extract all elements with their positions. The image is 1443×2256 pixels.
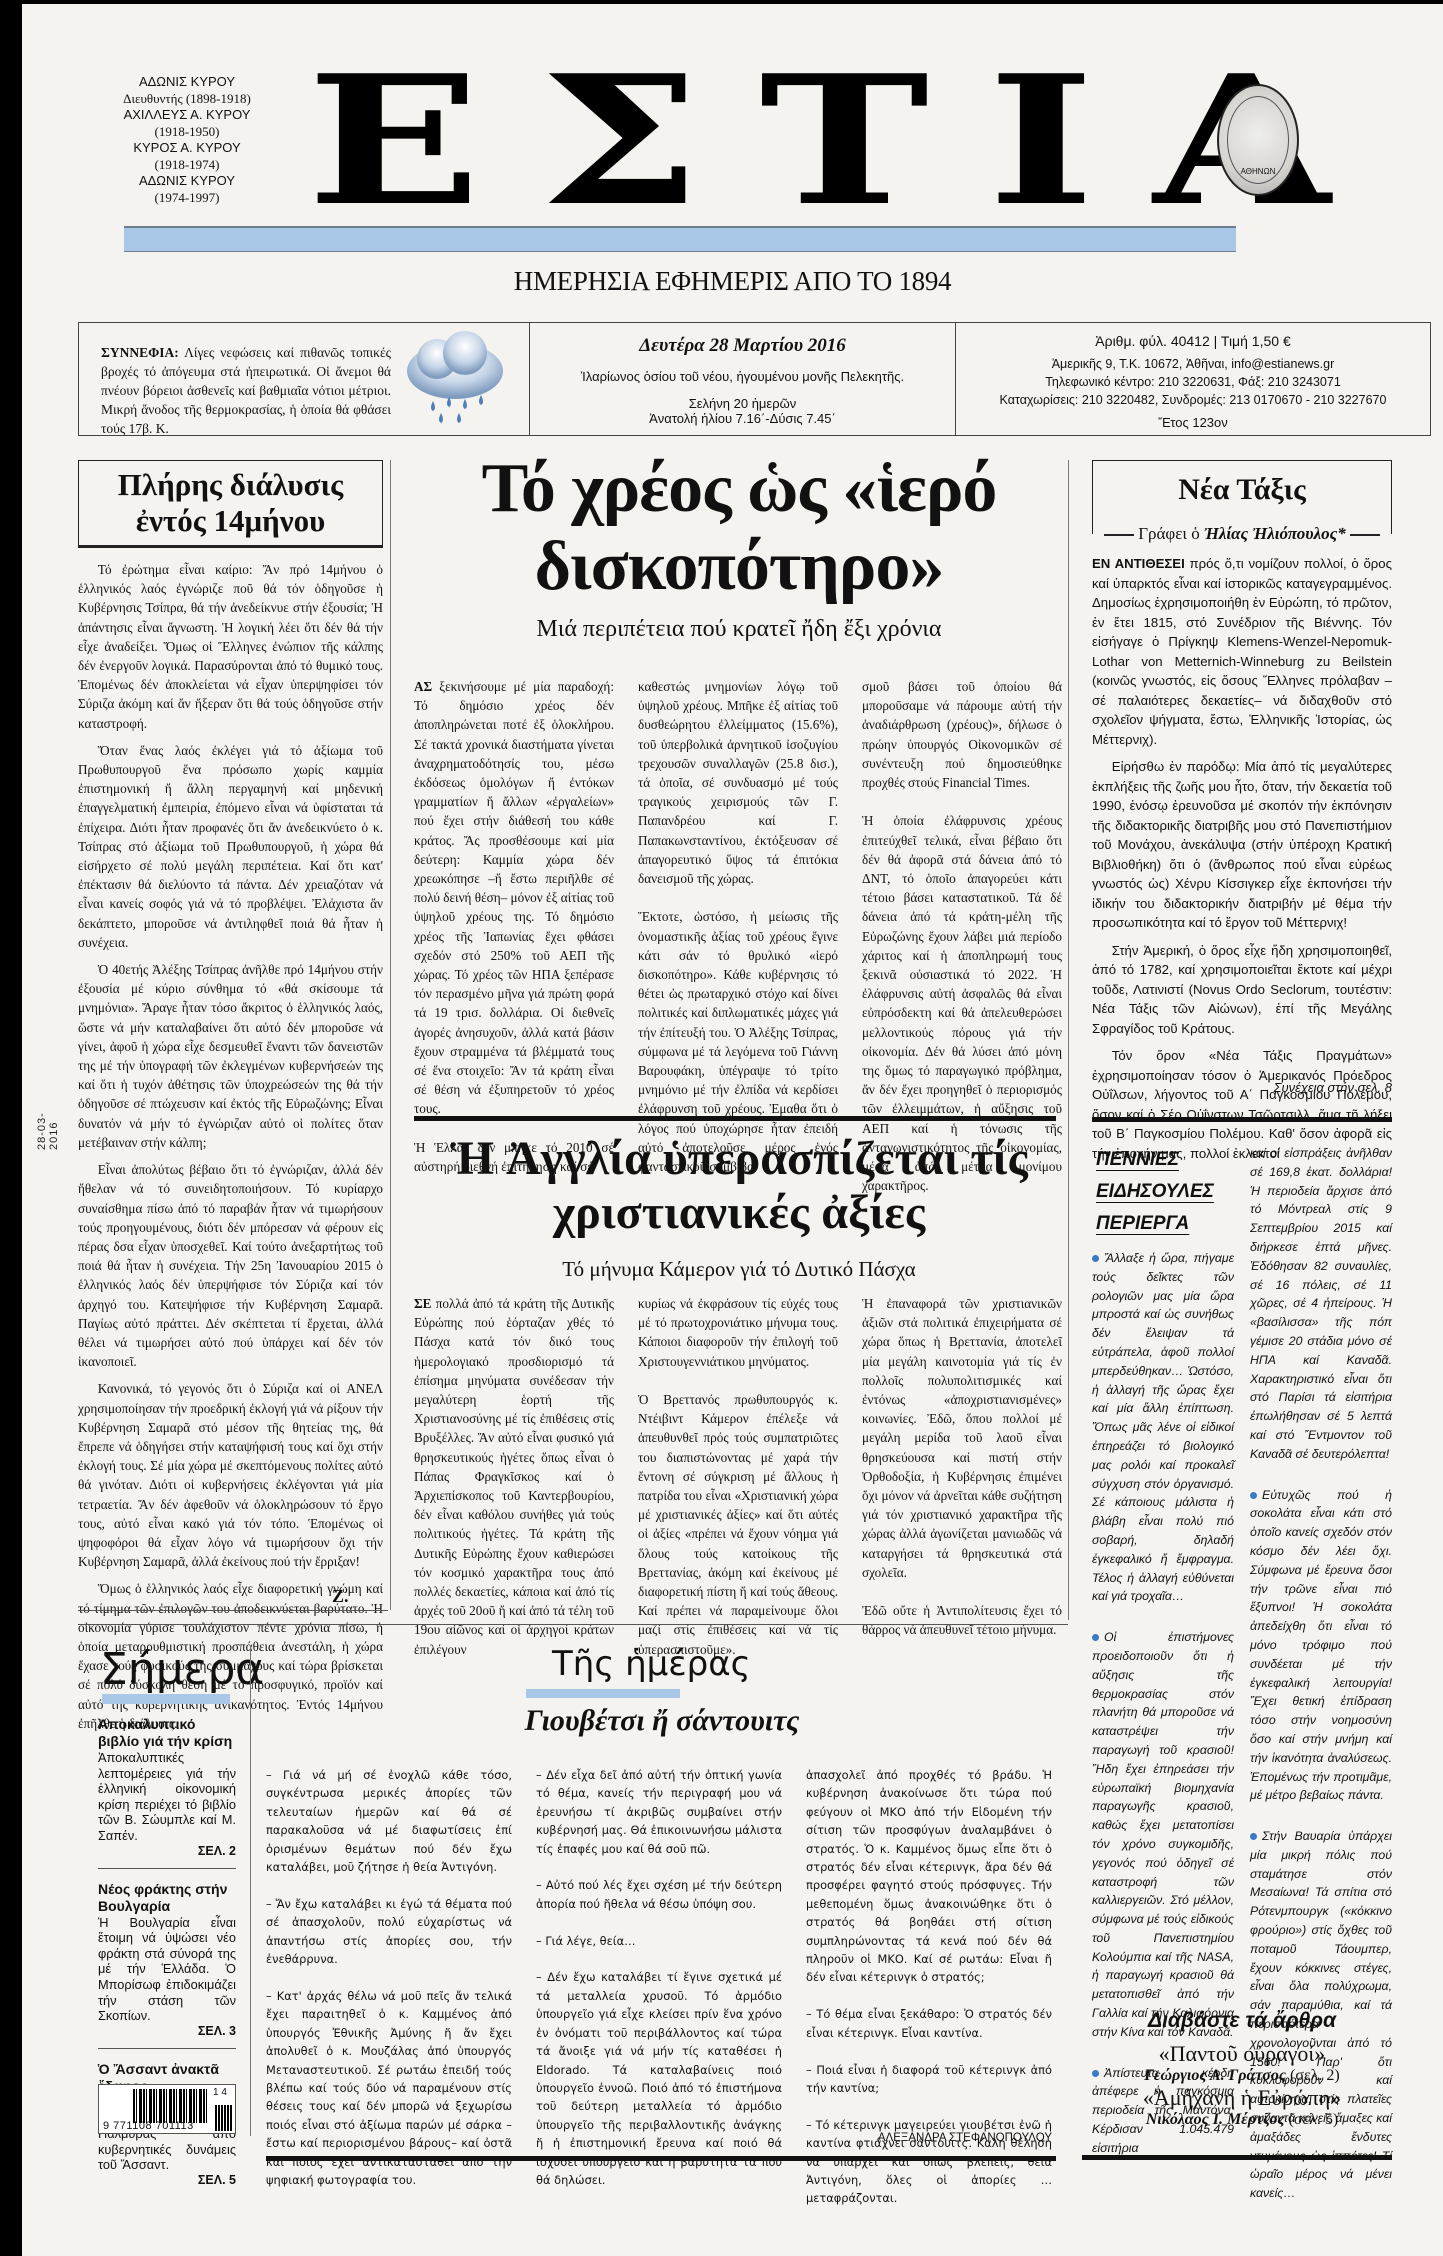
coin-seal-icon: ΑΘΗΝΩΝ bbox=[1217, 84, 1299, 196]
newspaper-logo: ΕΣΤΙΑ bbox=[307, 66, 1357, 216]
date-box: Δευτέρα 28 Μαρτίου 2016 Ἱλαρίωνος ὁσίου … bbox=[530, 323, 956, 435]
article-link[interactable]: «Ἀμήχανη ἡ Εὐρώπη» bbox=[1092, 2085, 1392, 2111]
second-headline: Ἡ Ἀγγλία ὑπερασπίζεται τίς χριστιανικές … bbox=[414, 1132, 1064, 1240]
paragraph: Στήν Ἀμερική, ὁ ὅρος εἶχε ἤδη χρησιμοποι… bbox=[1092, 941, 1392, 1039]
lead-headline: Τό χρέος ὡς «ἱερό δισκοπότηρο» bbox=[414, 450, 1064, 606]
barcode-bars bbox=[133, 2089, 207, 2123]
brief-page: ΣΕΛ. 2 bbox=[98, 1844, 236, 1858]
year-of-publication: Ἔτος 123ον bbox=[956, 415, 1430, 430]
section-rule bbox=[1082, 2155, 1392, 2160]
second-column-1: ΣΕ πολλά ἀπό τά κράτη τῆς Δυτικῆς Εὐρώπη… bbox=[414, 1294, 614, 1659]
brief-title: Νέος φράκτης στήν Βουλγαρία bbox=[98, 1881, 236, 1915]
moon-phase: Σελήνη 20 ἡμερῶν bbox=[530, 396, 955, 411]
brief-title: Ἀποκαλυπτικό βιβλίο γιά τήν κρίση bbox=[98, 1716, 236, 1750]
rain-cloud-icon bbox=[397, 331, 512, 427]
of-the-day-heading: Τῆς ἡμέρας bbox=[552, 1644, 751, 1684]
lead-word: ΣΕ bbox=[414, 1296, 431, 1311]
section-rule bbox=[414, 1116, 1056, 1121]
article-author: Νικόλαος Ι. Μέρτζος bbox=[1146, 2111, 1285, 2128]
newspaper-front-page: ΑΔΩΝΙΣ ΚΥΡΟΥ Διευθυντής (1898-1918) ΑΧΙΛ… bbox=[22, 4, 1443, 2256]
opinion-byline: Γράφει ὁ Ἠλίας Ἠλιόπουλος* bbox=[1092, 524, 1392, 544]
editorial-title: Πλήρης διάλυσις ἐντός 14μήνου bbox=[78, 460, 383, 548]
second-subheadline: Τό μήνυμα Κάμερον γιά τό Δυτικό Πάσχα bbox=[414, 1257, 1064, 1282]
author-name: Ἠλίας Ἠλιόπουλος* bbox=[1204, 524, 1346, 543]
brief-body: Ἀποκαλυπτικές λεπτομέρειες γιά τήν ἑλλην… bbox=[98, 1750, 236, 1844]
ads-subscriptions: Καταχωρίσεις: 210 3220482, Συνδρομές: 21… bbox=[956, 391, 1430, 409]
founder-name: ΑΔΩΝΙΣ ΚΥΡΟΥ bbox=[122, 74, 252, 91]
barcode-number: 9 771108 701113 bbox=[103, 2120, 194, 2132]
lead-subheadline: Μιά περιπέτεια πού κρατεῖ ἤδη ἔξι χρόνια bbox=[414, 616, 1064, 643]
address: Ἀμερικῆς 9, Τ.Κ. 10672, Ἀθῆναι, info@est… bbox=[956, 355, 1430, 373]
seal-label: ΑΘΗΝΩΝ bbox=[1219, 167, 1297, 176]
founder-role: (1918-1974) bbox=[122, 157, 252, 174]
publisher-box: Ἀριθμ. φύλ. 40412 | Τιμή 1,50 € Ἀμερικῆς… bbox=[956, 323, 1430, 435]
brief-page: ΣΕΛ. 3 bbox=[98, 2024, 236, 2038]
barcode-addon-bars bbox=[215, 2105, 233, 2131]
brief-body: Ἡ Βουλγαρία εἶναι ἕτοιμη νά ὑψώσει νέο φ… bbox=[98, 1915, 236, 2024]
second-column-3: Ἡ ἐπαναφορά τῶν χριστιανικῶν ἀξιῶν στά π… bbox=[862, 1294, 1062, 1640]
tagline: ΗΜΕΡΗΣΙΑ ΕΦΗΜΕΡΙΣ ΑΠΟ ΤΟ 1894 bbox=[22, 266, 1443, 297]
of-the-day-title: Γιουβέτσι ἤ σάντουιτς bbox=[252, 1704, 1072, 1738]
column-divider bbox=[250, 1646, 251, 2136]
section-rule bbox=[78, 1624, 1068, 1625]
read-articles-box: Διαβάστε τά ἄρθρα «Παντοῦ οὐραγοί» Γεώργ… bbox=[1092, 2009, 1392, 2129]
heading-line: ΕΙΔΗΣΟΥΛΕΣ bbox=[1092, 1176, 1237, 1208]
lead-word: ΕΝ ΑΝΤΙΘΕΣΕΙ bbox=[1092, 556, 1185, 571]
today-heading: Σήμερα bbox=[100, 1644, 264, 1695]
founder-role: (1974-1997) bbox=[122, 190, 252, 207]
phones: Τηλεφωνικό κέντρο: 210 3220631, Φάξ: 210… bbox=[956, 373, 1430, 391]
heading-line: ΠΕΡΙΕΡΓΑ bbox=[1092, 1208, 1237, 1240]
author-signature: ΑΛΕΞΑΝΔΡΑ ΣΤΕΦΑΝΟΠΟΥΛΟΥ bbox=[806, 2132, 1052, 2144]
continued-link[interactable]: Συνέχεια στήν σελ. 8 bbox=[1092, 1080, 1392, 1095]
weather-label: ΣΥΝΝΕΦΙΑ: bbox=[101, 345, 179, 360]
founder-name: ΑΧΙΛΛΕΥΣ Α. ΚΥΡΟΥ bbox=[122, 107, 252, 124]
barcode: 1 4 9 771108 701113 bbox=[98, 2084, 236, 2134]
section-rule bbox=[1092, 1117, 1392, 1122]
paragraph: Ὅταν ἕνας λαός ἐκλέγει γιά τό ἀξίωμα τοῦ… bbox=[78, 741, 383, 952]
founder-name: ΑΔΩΝΙΣ ΚΥΡΟΥ bbox=[122, 173, 252, 190]
section-rule bbox=[78, 1610, 388, 1611]
masthead-accent-bar bbox=[124, 226, 1236, 252]
bullet-icon bbox=[1092, 1634, 1099, 1641]
issue-date: Δευτέρα 28 Μαρτίου 2016 bbox=[530, 335, 955, 357]
opinion-title: Νέα Τάξις bbox=[1092, 460, 1392, 534]
paragraph: Εἶναι ἀπολύτως βέβαιο ὅτι τό ἐγνώριζαν, … bbox=[78, 1160, 383, 1371]
heading-accent-bar bbox=[526, 1689, 680, 1698]
lead-column-2: καθεστώς μνημονίων λόγῳ τοῦ ὑψηλοῦ χρέου… bbox=[638, 677, 838, 1176]
founder-role: Διευθυντής (1898-1918) bbox=[122, 91, 252, 108]
founder-name: ΚΥΡΟΣ Α. ΚΥΡΟΥ bbox=[122, 140, 252, 157]
weather-box: ΣΥΝΝΕΦΙΑ: Λίγες νεφώσεις καί πιθανῶς τοπ… bbox=[79, 323, 530, 435]
paragraph: Κανονικά, τό γεγονός ὅτι ὁ Σύριζα καί οἱ… bbox=[78, 1379, 383, 1571]
sunrise-sunset: Ἀνατολή ἡλίου 7.16΄-Δύσις 7.45΄ bbox=[530, 411, 955, 426]
brief-item[interactable]: Ἀποκαλυπτικό βιβλίο γιά τήν κρίση Ἀποκαλ… bbox=[98, 1716, 236, 1869]
dialogue-column-2: – Δέν εἶχα δεῖ ἀπό αὐτή τήν ὀπτική γωνία… bbox=[536, 1766, 782, 2189]
pennies-heading: ΠΕΝΝΙΕΣ ΕΙΔΗΣΟΥΛΕΣ ΠΕΡΙΕΡΓΑ bbox=[1092, 1144, 1237, 1240]
article-link[interactable]: «Παντοῦ οὐραγοί» bbox=[1092, 2041, 1392, 2067]
dialogue-column-1: – Γιά νά μή σέ ἐνοχλῶ κάθε τόσο, συγκέντ… bbox=[266, 1766, 512, 2189]
issue-price: Ἀριθμ. φύλ. 40412 | Τιμή 1,50 € bbox=[956, 333, 1430, 349]
heading-line: ΠΕΝΝΙΕΣ bbox=[1092, 1144, 1237, 1176]
editorial-signature: Ζ. bbox=[332, 1586, 349, 1607]
bullet-icon bbox=[1092, 1255, 1099, 1262]
saint-of-day: Ἱλαρίωνος ὁσίου τοῦ νέου, ἡγουμένου μονῆ… bbox=[530, 369, 955, 384]
heading-accent-bar bbox=[102, 1694, 230, 1704]
section-rule bbox=[266, 2156, 1056, 2161]
brief-item[interactable]: Νέος φράκτης στήν Βουλγαρία Ἡ Βουλγαρία … bbox=[98, 1881, 236, 2049]
paragraph: Ὁ 40ετής Ἀλέξης Τσίπρας ἀνῆλθε πρό 14μήν… bbox=[78, 960, 383, 1152]
paragraph: Εἰρήσθω ἐν παρόδῳ: Μία ἀπό τίς μεγαλύτερ… bbox=[1092, 757, 1392, 933]
opinion-body: ΕΝ ΑΝΤΙΘΕΣΕΙ πρός ὅ,τι νομίζουν πολλοί, … bbox=[1092, 554, 1392, 1163]
founder-role: (1918-1950) bbox=[122, 124, 252, 141]
side-date: 28-03-2016 bbox=[36, 1090, 60, 1150]
founders-list: ΑΔΩΝΙΣ ΚΥΡΟΥ Διευθυντής (1898-1918) ΑΧΙΛ… bbox=[122, 74, 252, 206]
brief-page: ΣΕΛ. 5 bbox=[98, 2173, 236, 2187]
article-author: Γεώργιος Α. Γράτσος bbox=[1144, 2067, 1286, 2084]
bullet-icon bbox=[1250, 1492, 1257, 1499]
paragraph: Τό ἐρώτημα εἶναι καίριο: Ἄν πρό 14μήνου … bbox=[78, 560, 383, 733]
lead-column-1: ΑΣ ξεκινήσουμε μέ μία παραδοχή: Τό δημόσ… bbox=[414, 677, 614, 1176]
bullet-icon bbox=[1250, 1833, 1257, 1840]
weather-text: ΣΥΝΝΕΦΙΑ: Λίγες νεφώσεις καί πιθανῶς τοπ… bbox=[101, 343, 391, 438]
editorial-body: Τό ἐρώτημα εἶναι καίριο: Ἄν πρό 14μήνου … bbox=[78, 560, 383, 1733]
barcode-issue: 1 4 bbox=[213, 2087, 227, 2098]
second-column-2: κυρίως νά ἐκφράσουν τίς εὐχές τους μέ τό… bbox=[638, 1294, 838, 1659]
column-divider bbox=[1068, 460, 1069, 1620]
lead-word: ΑΣ bbox=[414, 679, 432, 694]
read-heading: Διαβάστε τά ἄρθρα bbox=[1092, 2009, 1392, 2033]
today-briefs: Ἀποκαλυπτικό βιβλίο γιά τήν κρίση Ἀποκαλ… bbox=[98, 1716, 236, 2209]
column-divider bbox=[390, 460, 391, 1610]
info-strip: ΣΥΝΝΕΦΙΑ: Λίγες νεφώσεις καί πιθανῶς τοπ… bbox=[78, 322, 1431, 436]
